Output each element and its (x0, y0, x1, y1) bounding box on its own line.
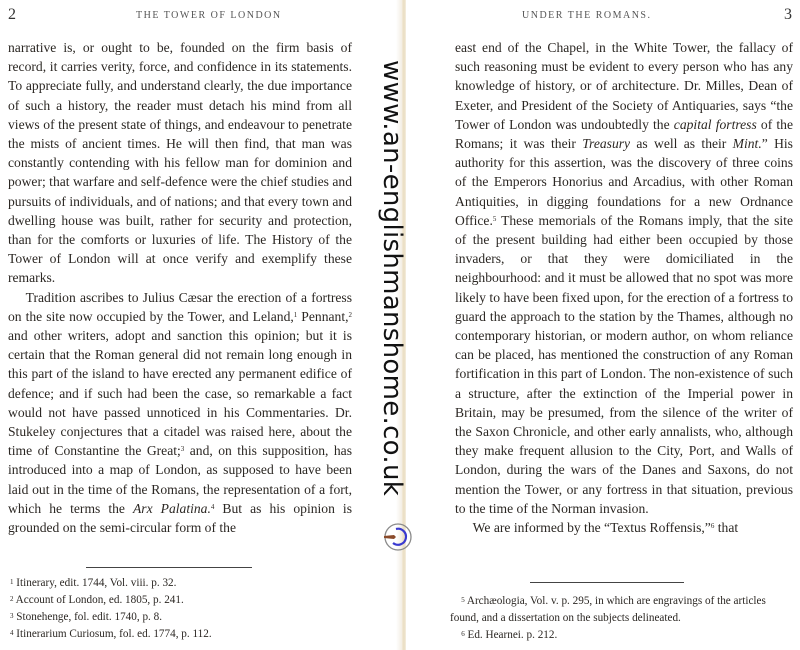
text-run: as well as their (630, 136, 733, 151)
footnote-mark: 1 (10, 578, 14, 586)
footnote-reference[interactable]: 3 (181, 445, 185, 453)
footnote-text: Ed. Hearnei. p. 212. (465, 629, 558, 641)
paragraph: narrative is, or ought to be, founded on… (8, 38, 352, 288)
footnote-mark: 3 (10, 612, 14, 620)
footnote-text: Archæologia, Vol. v. p. 295, in which ar… (450, 595, 766, 624)
paragraph: east end of the Chapel, in the White Tow… (455, 38, 793, 518)
text-run: We are informed by the “Textus Roffensis… (473, 520, 711, 535)
running-head-left: THE TOWER OF LONDON (136, 10, 282, 21)
text-run: Pennant, (297, 309, 348, 324)
footnote-rule-left (86, 567, 252, 568)
italic-text: Mint. (733, 136, 762, 151)
footnote-reference[interactable]: 5 (493, 215, 497, 223)
footnote-reference[interactable]: 2 (349, 311, 353, 319)
footnote-rule-right (530, 582, 684, 583)
footnote: 1 Itinerary, edit. 1744, Vol. viii. p. 3… (10, 575, 350, 592)
text-run: narrative is, or ought to be, founded on… (8, 40, 352, 285)
page-number-left: 2 (8, 6, 16, 24)
right-page: UNDER THE ROMANS. 3 east end of the Chap… (400, 0, 800, 650)
footnote: 3 Stonehenge, fol. edit. 1740, p. 8. (10, 609, 350, 626)
footnote-text: Account of London, ed. 1805, p. 241. (14, 594, 184, 606)
footnote-mark: 4 (10, 629, 14, 637)
text-run: that (714, 520, 738, 535)
right-body-text: east end of the Chapel, in the White Tow… (455, 38, 793, 537)
footnote-mark: 6 (461, 630, 465, 638)
paragraph: We are informed by the “Textus Roffensis… (455, 518, 793, 537)
italic-text: capital fortress (674, 117, 757, 132)
text-run: These memorials of the Romans imply, tha… (455, 213, 793, 516)
footnote-text: Itinerarium Curiosum, fol. ed. 1774, p. … (14, 628, 212, 640)
footnote: 6 Ed. Hearnei. p. 212. (450, 627, 795, 644)
footnote: 4 Itinerarium Curiosum, fol. ed. 1774, p… (10, 626, 350, 643)
circle-hand-logo-icon (383, 522, 413, 552)
left-body-text: narrative is, or ought to be, founded on… (8, 38, 352, 537)
footnote-reference[interactable]: 6 (711, 522, 715, 530)
page-number-right: 3 (784, 6, 792, 24)
italic-text: Treasury (582, 136, 630, 151)
left-page: 2 THE TOWER OF LONDON narrative is, or o… (0, 0, 400, 650)
footnote-mark: 2 (10, 595, 14, 603)
footnotes-left: 1 Itinerary, edit. 1744, Vol. viii. p. 3… (10, 575, 350, 643)
running-head-right: UNDER THE ROMANS. (522, 10, 652, 21)
footnote-reference[interactable]: 1 (294, 311, 298, 319)
italic-text: Arx Palatina. (133, 501, 211, 516)
paragraph: Tradition ascribes to Julius Cæsar the e… (8, 288, 352, 538)
text-run: and other writers, adopt and sanction th… (8, 328, 352, 458)
footnote-text: Stonehenge, fol. edit. 1740, p. 8. (14, 611, 163, 623)
footnotes-right: 5 Archæologia, Vol. v. p. 295, in which … (450, 593, 795, 644)
footnote-reference[interactable]: 4 (211, 503, 215, 511)
footnote: 5 Archæologia, Vol. v. p. 295, in which … (450, 593, 795, 627)
watermark-url: www.an-englishmanshome.co.uk (377, 60, 407, 496)
footnote-mark: 5 (461, 596, 465, 604)
footnote-text: Itinerary, edit. 1744, Vol. viii. p. 32. (14, 577, 177, 589)
footnote: 2 Account of London, ed. 1805, p. 241. (10, 592, 350, 609)
